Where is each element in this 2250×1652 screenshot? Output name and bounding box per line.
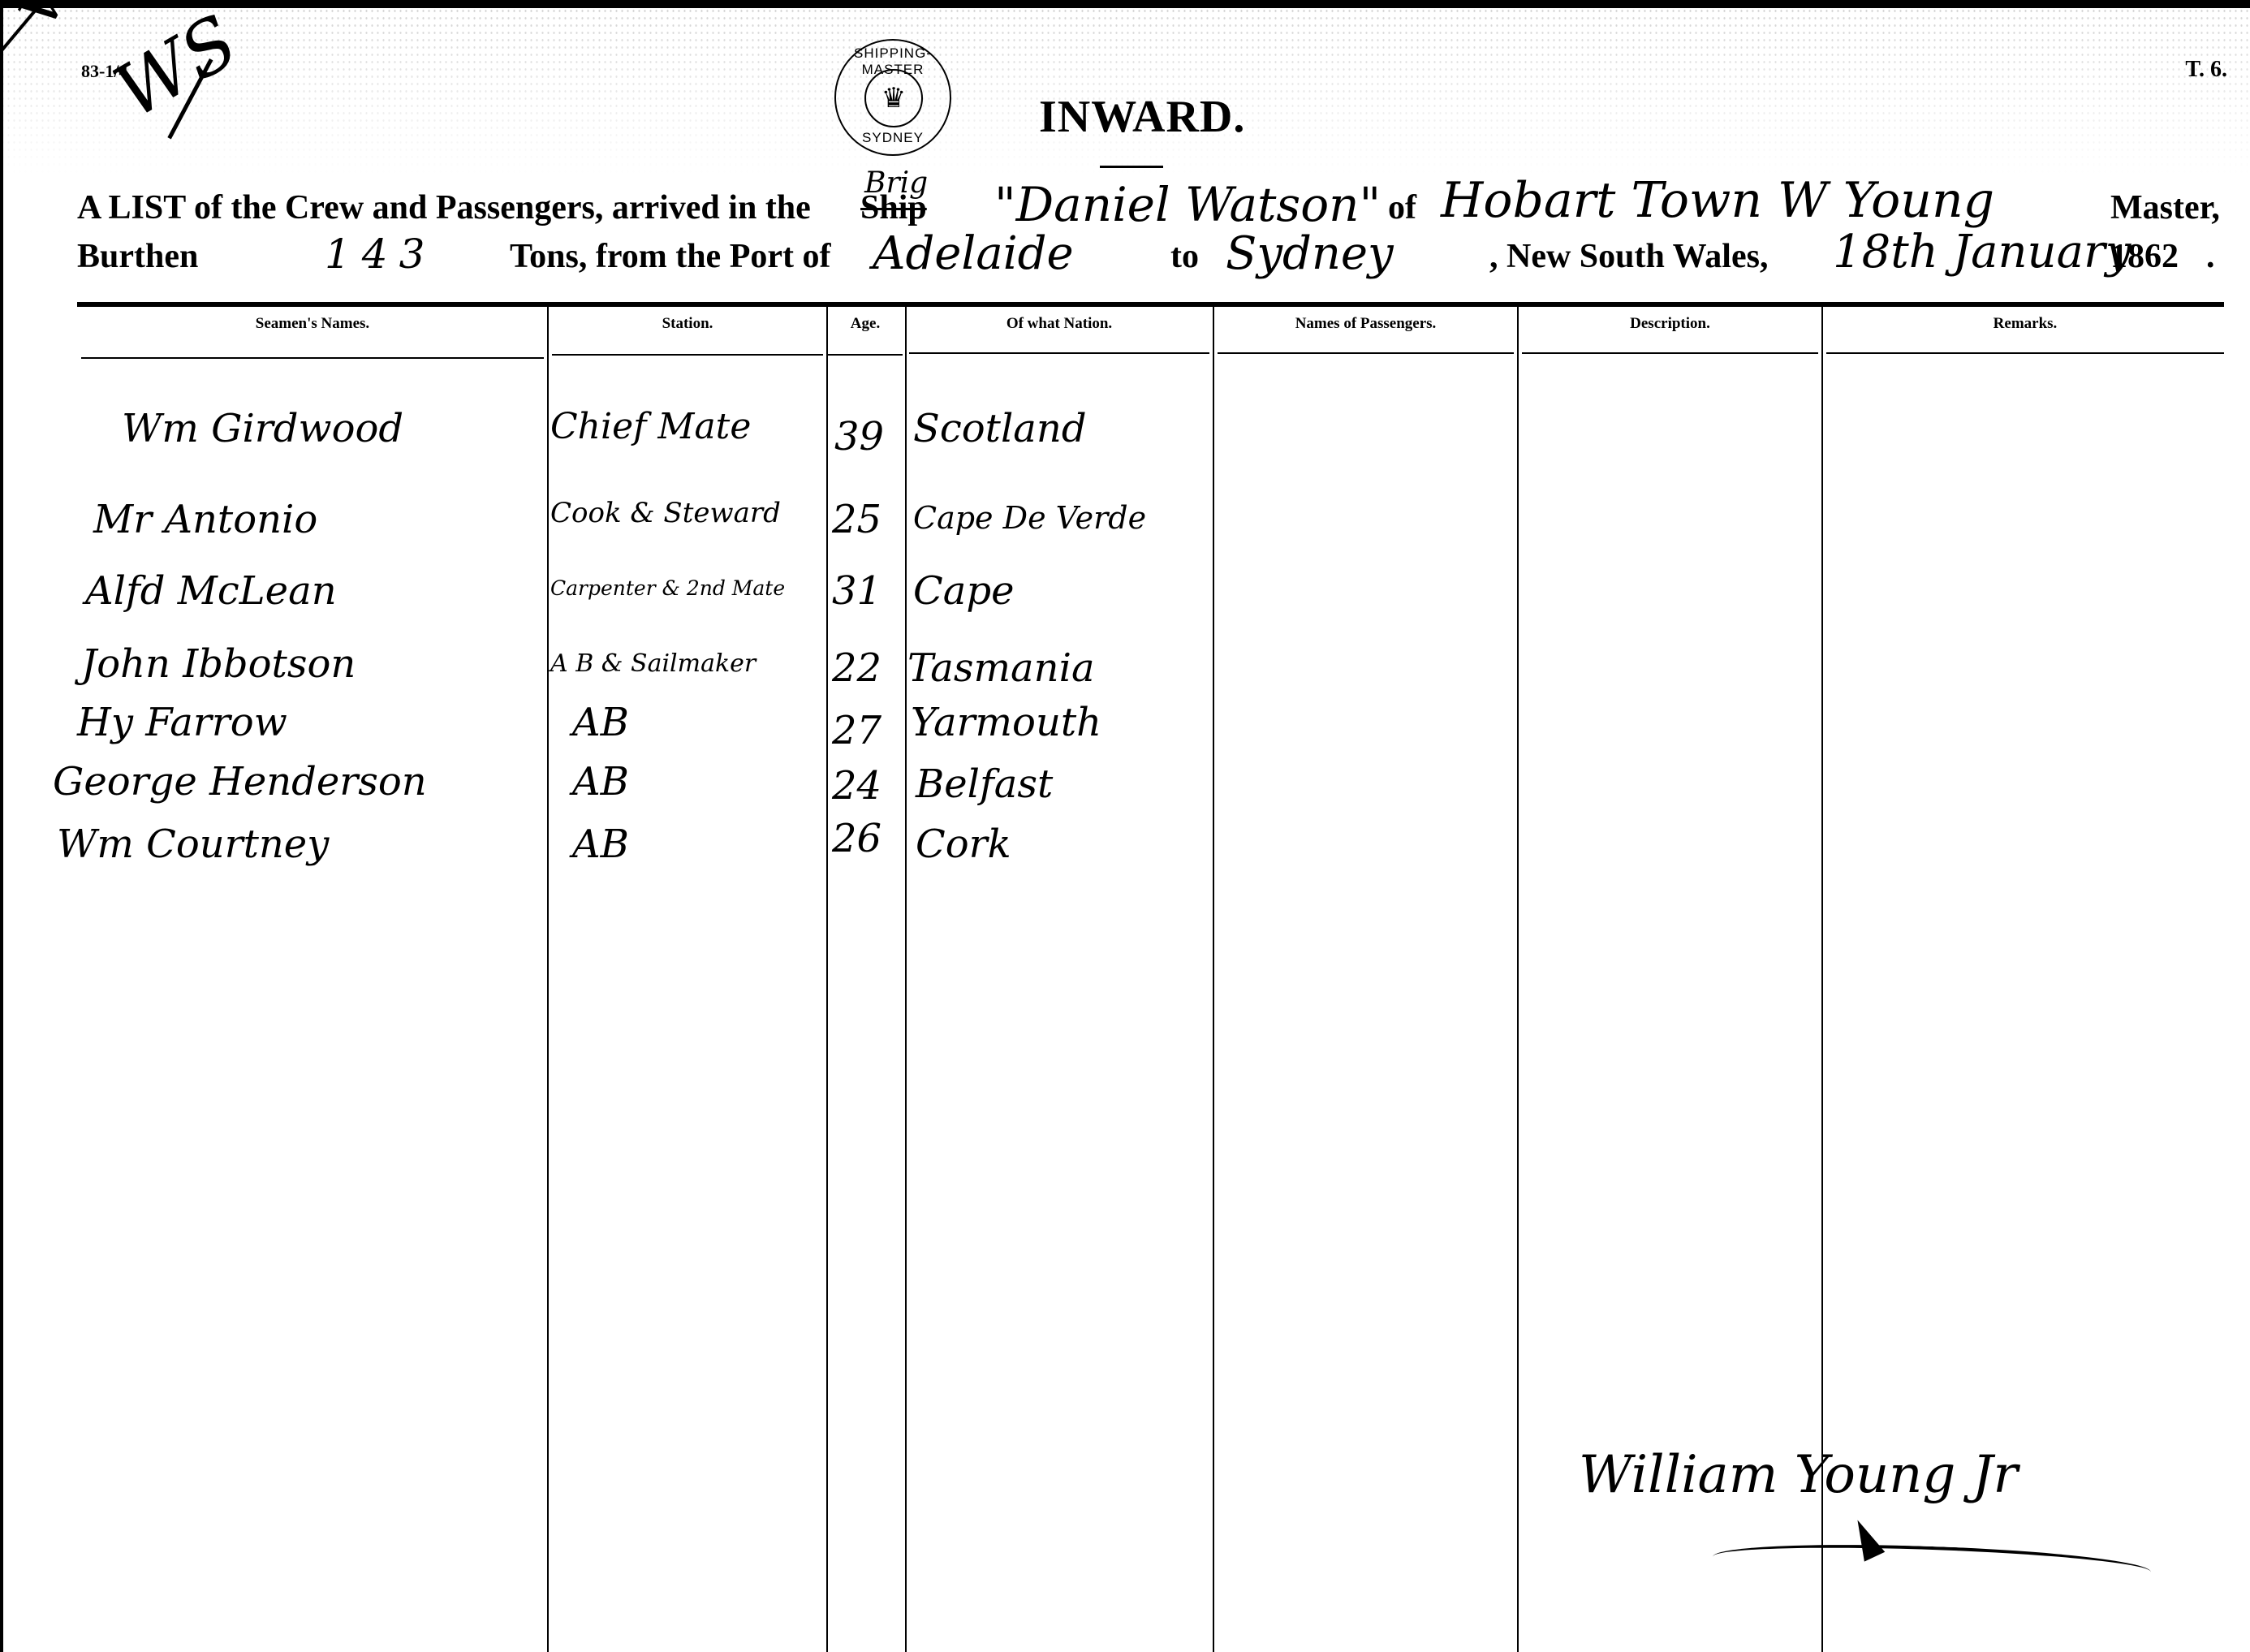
column-divider [1517, 307, 1519, 1652]
seaman-station: AB [572, 822, 629, 867]
stamp-bottom-text: SYDNEY [836, 130, 950, 146]
column-header-station: Station. [552, 315, 823, 333]
column-header-seamens-names: Seamen's Names. [81, 315, 544, 333]
column-divider [1213, 307, 1214, 1652]
seaman-age: 27 [832, 708, 881, 753]
header-underline [1826, 352, 2224, 354]
from-port: Adelaide [873, 227, 1074, 280]
to-label: to [1170, 237, 1199, 276]
seaman-nation: Yarmouth [911, 700, 1101, 745]
seaman-name: Alfd McLean [85, 568, 337, 614]
seaman-station: A B & Sailmaker [550, 649, 756, 678]
seaman-age: 31 [832, 568, 881, 614]
scan-edge-left [0, 0, 3, 1652]
form-code: T. 6. [2185, 57, 2227, 83]
scan-edge-top [0, 0, 2250, 8]
seaman-nation: Cape [913, 568, 1014, 614]
header-underline [1218, 352, 1514, 354]
seaman-name: Wm Girdwood [122, 406, 403, 451]
header-end-period: . [2206, 237, 2215, 276]
burthen-value: 143 [325, 231, 436, 278]
column-header-nation: Of what Nation. [909, 315, 1209, 333]
seaman-nation: Tasmania [907, 645, 1095, 691]
column-header-age: Age. [828, 315, 903, 333]
burthen-label: Burthen [77, 237, 198, 276]
page-title: INWARD. [1039, 91, 1245, 143]
seaman-station: Cook & Steward [550, 497, 781, 529]
signature-flourish [1712, 1539, 2151, 1590]
header-underline [828, 354, 903, 356]
paper-speckle-texture [0, 0, 2250, 179]
crown-icon: ♛ [864, 69, 923, 127]
column-divider [905, 307, 907, 1652]
arrival-year: 1862 [2110, 237, 2179, 276]
colony-label: , New South Wales, [1489, 237, 1768, 276]
to-port: Sydney [1226, 227, 1394, 280]
tons-label: Tons, from the Port of [510, 237, 830, 276]
seaman-nation: Cape De Verde [913, 500, 1146, 536]
seaman-age: 26 [832, 816, 881, 861]
seaman-nation: Cork [916, 822, 1011, 867]
column-header-passengers: Names of Passengers. [1218, 315, 1514, 333]
seaman-age: 25 [832, 497, 881, 542]
seaman-station: AB [572, 700, 629, 745]
of-label: of [1388, 188, 1416, 227]
seaman-name: John Ibbotson [81, 641, 356, 687]
title-underline [1100, 166, 1163, 168]
master-signature: William Young Jr [1579, 1445, 2018, 1505]
column-header-remarks: Remarks. [1826, 315, 2224, 333]
column-divider [826, 307, 828, 1652]
vessel-type: Brig [864, 166, 928, 200]
header-prefix: A LIST of the Crew and Passengers, arriv… [77, 188, 811, 227]
header-underline [81, 357, 544, 359]
seaman-name: George Henderson [53, 759, 427, 804]
arrival-date: 18th January [1833, 226, 2131, 278]
column-divider [547, 307, 549, 1652]
header-underline [552, 354, 823, 356]
seaman-age: 39 [834, 414, 884, 459]
home-port-and-master: Hobart Town W Young [1441, 172, 1994, 229]
seaman-name: Hy Farrow [77, 700, 287, 745]
shipping-master-stamp: SHIPPING-MASTER ♛ SYDNEY [834, 39, 951, 156]
table-top-rule [77, 302, 2224, 307]
seaman-station: Chief Mate [550, 406, 751, 447]
seaman-age: 22 [832, 645, 881, 691]
seaman-name: Mr Antonio [93, 497, 317, 542]
seaman-age: 24 [832, 763, 881, 809]
seaman-station: AB [572, 759, 629, 804]
column-header-description: Description. [1522, 315, 1818, 333]
header-underline [1522, 352, 1818, 354]
seaman-nation: Scotland [913, 406, 1087, 451]
header-underline [909, 352, 1209, 354]
seaman-name: Wm Courtney [57, 822, 329, 867]
master-label: Master, [2110, 188, 2220, 227]
vessel-name: "Daniel Watson" [994, 177, 1381, 232]
seaman-nation: Belfast [916, 761, 1053, 807]
seaman-station: Carpenter & 2nd Mate [550, 576, 785, 600]
corner-initials: WS [101, 0, 252, 136]
